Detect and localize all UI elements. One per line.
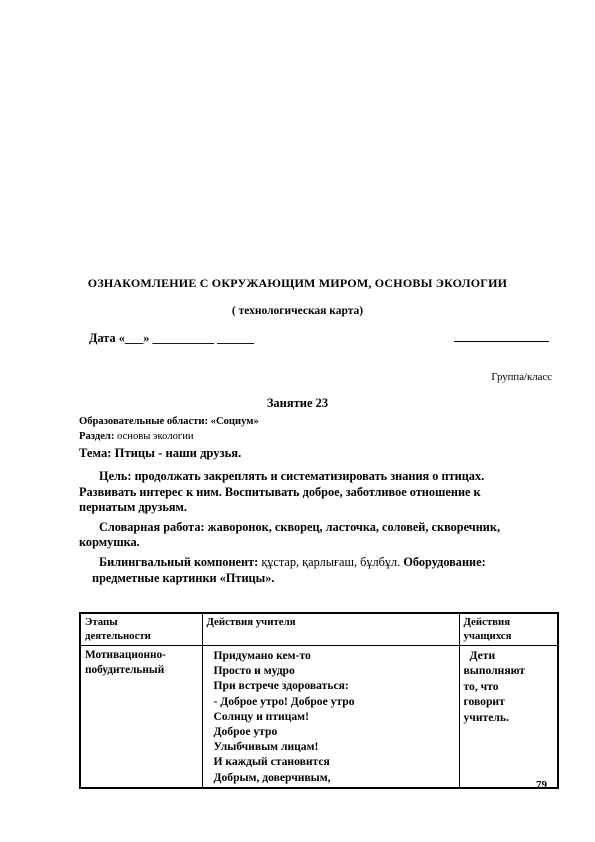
bilingual-label: Билингвальный компонент: [99,555,261,569]
topic-line: Тема: Птицы - наши друзья. [79,446,241,461]
students-actions-cell: Детивыполняютто, чтоговоритучитель. [459,646,558,788]
document-subtitle: ( технологическая карта) [0,305,595,317]
edu-areas-line: Образовательные области: «Социум» [79,416,259,427]
section-label: Раздел: [79,431,117,442]
bilingual-line1: Билингвальный компонент: құстар, қарлыға… [79,555,529,571]
goal-paragraph: Цель: продолжать закреплять и систематиз… [79,469,529,516]
lesson-heading: Занятие 23 [0,396,595,411]
edu-areas-value: «Социум» [211,416,259,427]
body-paragraphs: Цель: продолжать закреплять и систематиз… [79,469,529,586]
document-page: ОЗНАКОМЛЕНИЕ С ОКРУЖАЮЩИМ МИРОМ, ОСНОВЫ … [0,0,595,842]
equipment-value: предметные картинки «Птицы». [79,571,529,587]
document-title: ОЗНАКОМЛЕНИЕ С ОКРУЖАЮЩИМ МИРОМ, ОСНОВЫ … [0,276,595,291]
edu-areas-label: Образовательные области: [79,416,211,427]
group-class-label: Группа/класс [491,371,552,383]
table-row: Мотивационно-побудительный Придумано кем… [80,646,558,788]
section-value: основы экологии [117,431,194,442]
teacher-actions-cell: Придумано кем-тоПросто и мудроПри встреч… [202,646,459,788]
table-header-row: Этапы деятельности Действия учителя Дейс… [80,613,558,646]
bilingual-paragraph: Билингвальный компонент: құстар, қарлыға… [79,555,529,586]
header-students-column: Действия учащихся [459,613,558,646]
section-line: Раздел: основы экологии [79,431,194,442]
bilingual-kazakh-words: құстар, қарлығаш, бұлбұл. [261,555,403,569]
vocabulary-paragraph: Словарная работа: жаворонок, скворец, ла… [79,520,529,551]
page-number: 79 [536,779,547,791]
equipment-label: Оборудование: [403,555,485,569]
topic-label: Тема: [79,446,115,460]
teacher-blank-line [454,341,549,342]
header-stage-column: Этапы деятельности [80,613,202,646]
date-blank-line: Дата «___» __________ ______ [89,331,254,346]
topic-value: Птицы - наши друзья. [115,446,242,460]
header-teacher-column: Действия учителя [202,613,459,646]
stage-cell: Мотивационно-побудительный [80,646,202,788]
lesson-stages-table: Этапы деятельности Действия учителя Дейс… [79,612,559,789]
